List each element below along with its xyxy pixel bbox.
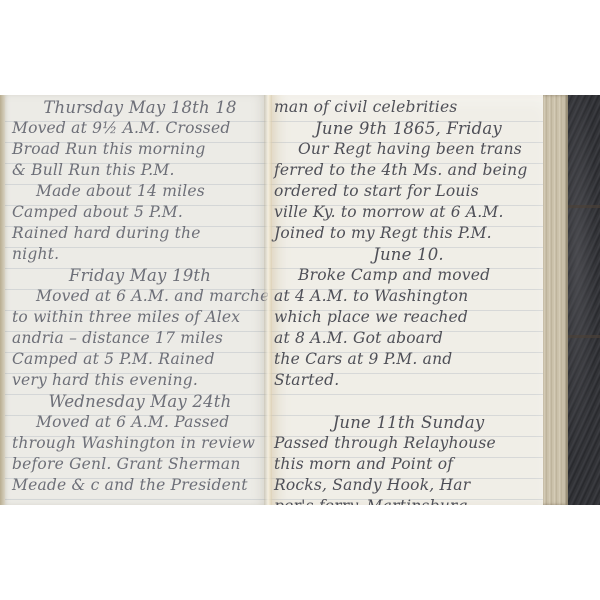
- page-block-edge: [543, 95, 568, 505]
- diary-line: Moved at 6 A.M. Passed: [0, 412, 268, 433]
- diary-line: Joined to my Regt this P.M.: [268, 223, 543, 244]
- diary-line: man of civil celebrities: [268, 97, 543, 118]
- diary-line: ville Ky. to morrow at 6 A.M.: [268, 202, 543, 223]
- left-page-text: Thursday May 18th 18Moved at 9½ A.M. Cro…: [0, 97, 268, 496]
- diary-entry-date: Friday May 19th: [0, 265, 268, 286]
- diary-line: at 8 A.M. Got aboard: [268, 328, 543, 349]
- diary-line: Made about 14 miles: [0, 181, 268, 202]
- diary-line: per's ferry, Martinsburg: [268, 496, 543, 505]
- diary-line: through Washington in review: [0, 433, 268, 454]
- diary-line: Our Regt having been trans: [268, 139, 543, 160]
- diary-line: before Genl. Grant Sherman: [0, 454, 268, 475]
- diary-line: night.: [0, 244, 268, 265]
- diary-line: which place we reached: [268, 307, 543, 328]
- diary-line: Broad Run this morning: [0, 139, 268, 160]
- diary-line: Camped at 5 P.M. Rained: [0, 349, 268, 370]
- diary-line: Started.: [268, 370, 543, 391]
- diary-line: Moved at 6 A.M. and marched: [0, 286, 268, 307]
- diary-entry-date: June 11th Sunday: [268, 412, 543, 433]
- diary-line: Passed through Relayhouse: [268, 433, 543, 454]
- diary-line: & Bull Run this P.M.: [0, 160, 268, 181]
- diary-entry-date: June 9th 1865, Friday: [268, 118, 543, 139]
- diary-entry-date: Wednesday May 24th: [0, 391, 268, 412]
- diary-line: Meade & c and the President: [0, 475, 268, 496]
- diary-entry-date: Thursday May 18th 18: [0, 97, 268, 118]
- diary-line: Rained hard during the: [0, 223, 268, 244]
- leather-cover: [568, 95, 600, 505]
- book-gutter: [264, 95, 272, 505]
- diary-line: Camped about 5 P.M.: [0, 202, 268, 223]
- diary-line: Moved at 9½ A.M. Crossed: [0, 118, 268, 139]
- diary-entry-date: June 10.: [268, 244, 543, 265]
- diary-line: [268, 391, 543, 412]
- diary-line: andria – distance 17 miles: [0, 328, 268, 349]
- cover-fold-line: [568, 335, 600, 338]
- diary-line: at 4 A.M. to Washington: [268, 286, 543, 307]
- diary-photo: Thursday May 18th 18Moved at 9½ A.M. Cro…: [0, 95, 600, 505]
- diary-line: Rocks, Sandy Hook, Har: [268, 475, 543, 496]
- diary-line: to within three miles of Alex: [0, 307, 268, 328]
- right-page-text: man of civil celebritiesJune 9th 1865, F…: [268, 97, 543, 505]
- diary-line: the Cars at 9 P.M. and: [268, 349, 543, 370]
- diary-line: this morn and Point of: [268, 454, 543, 475]
- right-diary-page: man of civil celebritiesJune 9th 1865, F…: [268, 95, 543, 505]
- diary-line: ordered to start for Louis: [268, 181, 543, 202]
- diary-line: ferred to the 4th Ms. and being: [268, 160, 543, 181]
- left-diary-page: Thursday May 18th 18Moved at 9½ A.M. Cro…: [0, 95, 268, 505]
- diary-line: Broke Camp and moved: [268, 265, 543, 286]
- diary-line: very hard this evening.: [0, 370, 268, 391]
- cover-fold-line: [568, 205, 600, 208]
